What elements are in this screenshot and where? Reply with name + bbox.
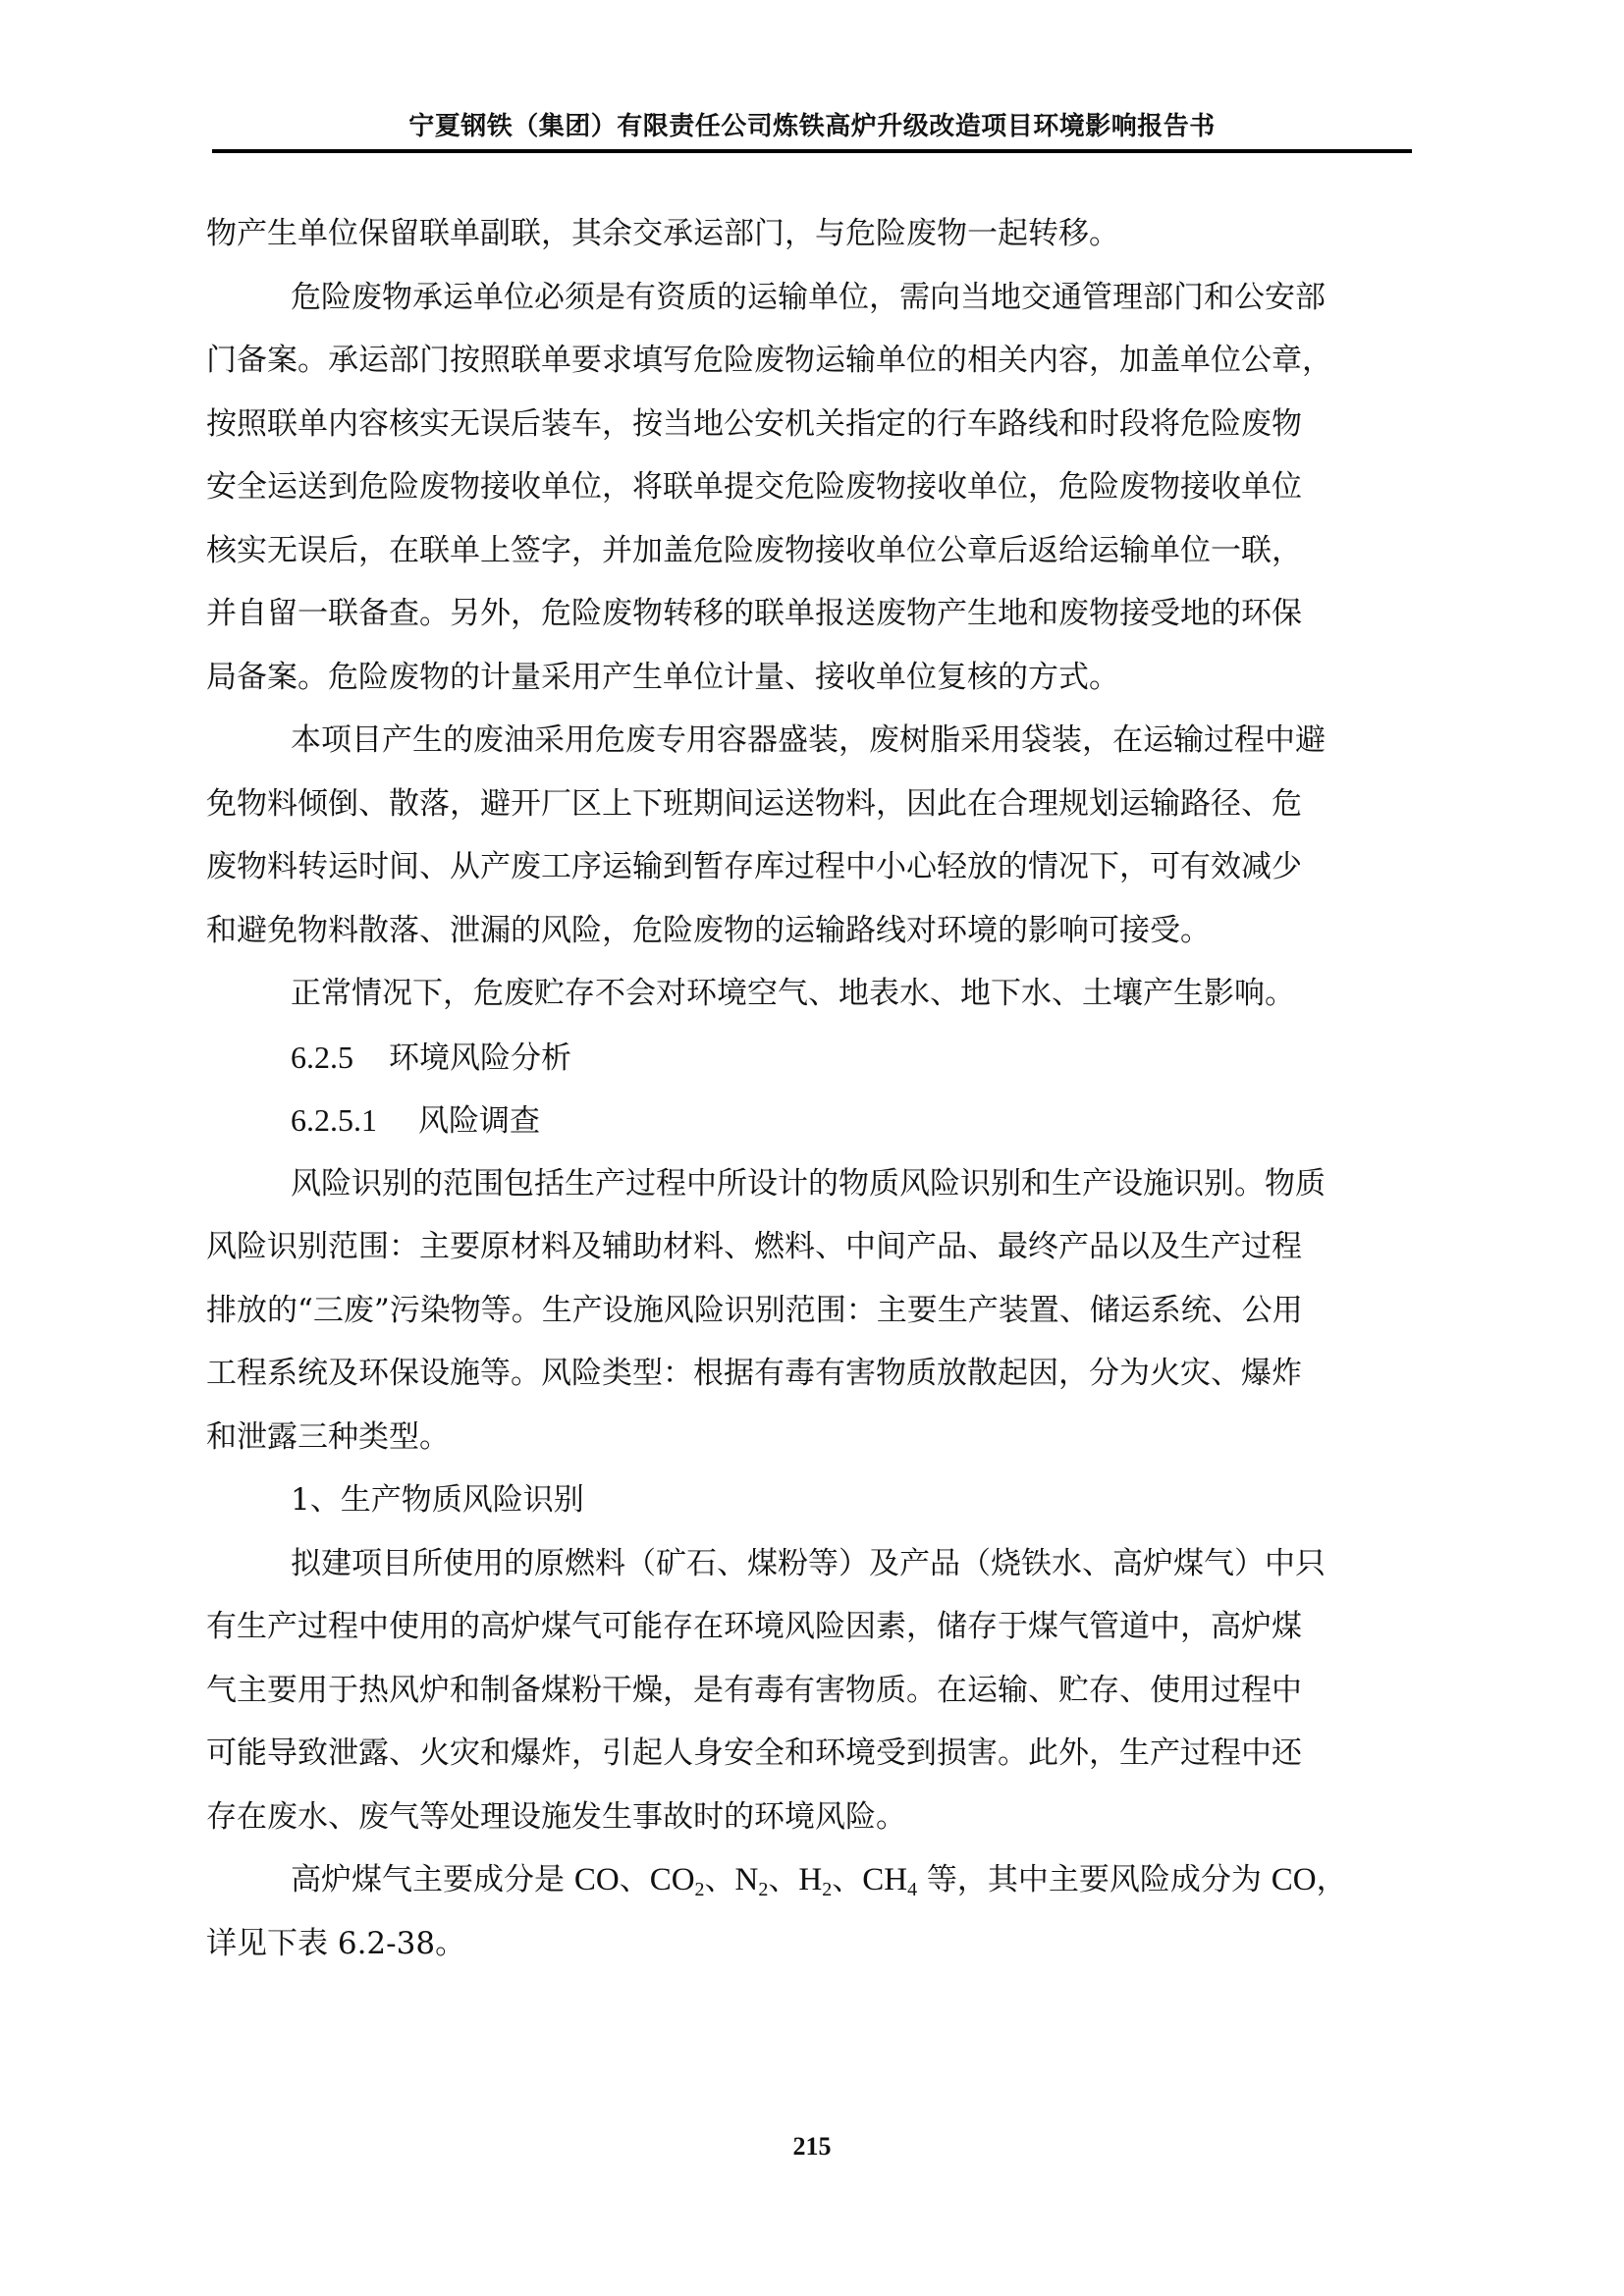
paragraph-line: 局备案。危险废物的计量采用产生单位计量、接收单位复核的方式。 xyxy=(206,646,1424,710)
paragraph-line: 免物料倾倒、散落，避开厂区上下班期间运送物料，因此在合理规划运输路径、危 xyxy=(206,773,1424,836)
page-number: 215 xyxy=(0,2132,1624,2162)
document-running-header: 宁夏钢铁（集团）有限责任公司炼铁高炉升级改造项目环境影响报告书 xyxy=(212,110,1412,143)
paragraph-line: 并自留一联备查。另外，危险废物转移的联单报送废物产生地和废物接受地的环保 xyxy=(206,582,1424,646)
paragraph-line: 详见下表 6.2-38。 xyxy=(206,1912,1424,1976)
formula-base: CH xyxy=(862,1862,907,1897)
section-title: 环境风险分析 xyxy=(389,1041,571,1076)
section-title: 风险调查 xyxy=(418,1103,540,1139)
paragraph-line: 有生产过程中使用的高炉煤气可能存在环境风险因素，储存于煤气管道中，高炉煤 xyxy=(206,1595,1424,1659)
formula-base: CO xyxy=(650,1862,695,1897)
separator: 、 xyxy=(620,1862,650,1897)
paragraph-line: 废物料转运时间、从产废工序运输到暂存库过程中小心轻放的情况下，可有效减少 xyxy=(206,835,1424,899)
paragraph-line: 工程系统及环保设施等。风险类型：根据有毒有害物质放散起因，分为火灾、爆炸 xyxy=(206,1342,1424,1406)
formula-co2: CO2 xyxy=(650,1862,705,1897)
paragraph-line: 拟建项目所使用的原燃料（矿石、煤粉等）及产品（烧铁水、高炉煤气）中只 xyxy=(206,1532,1424,1596)
formula-co: CO xyxy=(574,1862,620,1897)
section-number: 6.2.5.1 xyxy=(291,1089,418,1152)
document-body: 物产生单位保留联单副联，其余交承运部门，与危险废物一起转移。 危险废物承运单位必… xyxy=(206,202,1424,1975)
paragraph-line: 核实无误后，在联单上签字，并加盖危险废物接收单位公章后返给运输单位一联， xyxy=(206,519,1424,583)
paragraph-line: 气主要用于热风炉和制备煤粉干燥，是有毒有害物质。在运输、贮存、使用过程中 xyxy=(206,1659,1424,1723)
text-run: 等，其中主要风险成分为 xyxy=(917,1862,1272,1897)
paragraph-line: 物产生单位保留联单副联，其余交承运部门，与危险废物一起转移。 xyxy=(206,202,1424,266)
formula-subscript: 2 xyxy=(695,1879,705,1900)
section-heading-6-2-5: 6.2.5环境风险分析 xyxy=(206,1026,1424,1090)
section-heading-6-2-5-1: 6.2.5.1风险调查 xyxy=(206,1089,1424,1152)
formula-base: N xyxy=(735,1862,759,1897)
paragraph-line: 风险识别范围：主要原材料及辅助材料、燃料、中间产品、最终产品以及生产过程 xyxy=(206,1215,1424,1279)
header-divider xyxy=(212,149,1412,153)
formula-subscript: 2 xyxy=(758,1879,768,1900)
separator: 、 xyxy=(768,1862,798,1897)
formula-subscript: 4 xyxy=(907,1879,917,1900)
formula-co: CO xyxy=(1272,1862,1317,1897)
paragraph-line: 按照联单内容核实无误后装车，按当地公安机关指定的行车路线和时段将危险废物 xyxy=(206,393,1424,456)
section-number: 6.2.5 xyxy=(291,1026,389,1090)
paragraph-line: 存在废水、废气等处理设施发生事故时的环境风险。 xyxy=(206,1786,1424,1849)
paragraph-line: 可能导致泄露、火灾和爆炸，引起人身安全和环境受到损害。此外，生产过程中还 xyxy=(206,1722,1424,1786)
paragraph-line: 正常情况下，危废贮存不会对环境空气、地表水、地下水、土壤产生影响。 xyxy=(206,962,1424,1026)
formula-n2: N2 xyxy=(735,1862,769,1897)
paragraph-line: 排放的“三废”污染物等。生产设施风险识别范围：主要生产装置、储运系统、公用 xyxy=(206,1279,1424,1343)
punctuation: ， xyxy=(1317,1862,1347,1897)
separator: 、 xyxy=(832,1862,862,1897)
paragraph-line: 和避免物料散落、泄漏的风险，危险废物的运输路线对环境的影响可接受。 xyxy=(206,899,1424,963)
paragraph-line: 本项目产生的废油采用危废专用容器盛装，废树脂采用袋装，在运输过程中避 xyxy=(206,709,1424,773)
formula-ch4: CH4 xyxy=(862,1862,917,1897)
separator: 、 xyxy=(705,1862,735,1897)
paragraph-line: 风险识别的范围包括生产过程中所设计的物质风险识别和生产设施识别。物质 xyxy=(206,1152,1424,1216)
paragraph-line: 门备案。承运部门按照联单要求填写危险废物运输单位的相关内容，加盖单位公章， xyxy=(206,329,1424,393)
formula-h2: H2 xyxy=(798,1862,832,1897)
formula-base: H xyxy=(798,1862,822,1897)
paragraph-line: 安全运送到危险废物接收单位，将联单提交危险废物接收单位，危险废物接收单位 xyxy=(206,455,1424,519)
subsection-heading: 1、生产物质风险识别 xyxy=(206,1468,1424,1532)
paragraph-line: 和泄露三种类型。 xyxy=(206,1406,1424,1469)
formula-subscript: 2 xyxy=(822,1879,832,1900)
text-run: 高炉煤气主要成分是 xyxy=(291,1862,574,1897)
paragraph-line: 危险废物承运单位必须是有资质的运输单位，需向当地交通管理部门和公安部 xyxy=(206,266,1424,330)
gas-composition-line: 高炉煤气主要成分是 CO、CO2、N2、H2、CH4 等，其中主要风险成分为 C… xyxy=(206,1848,1424,1912)
